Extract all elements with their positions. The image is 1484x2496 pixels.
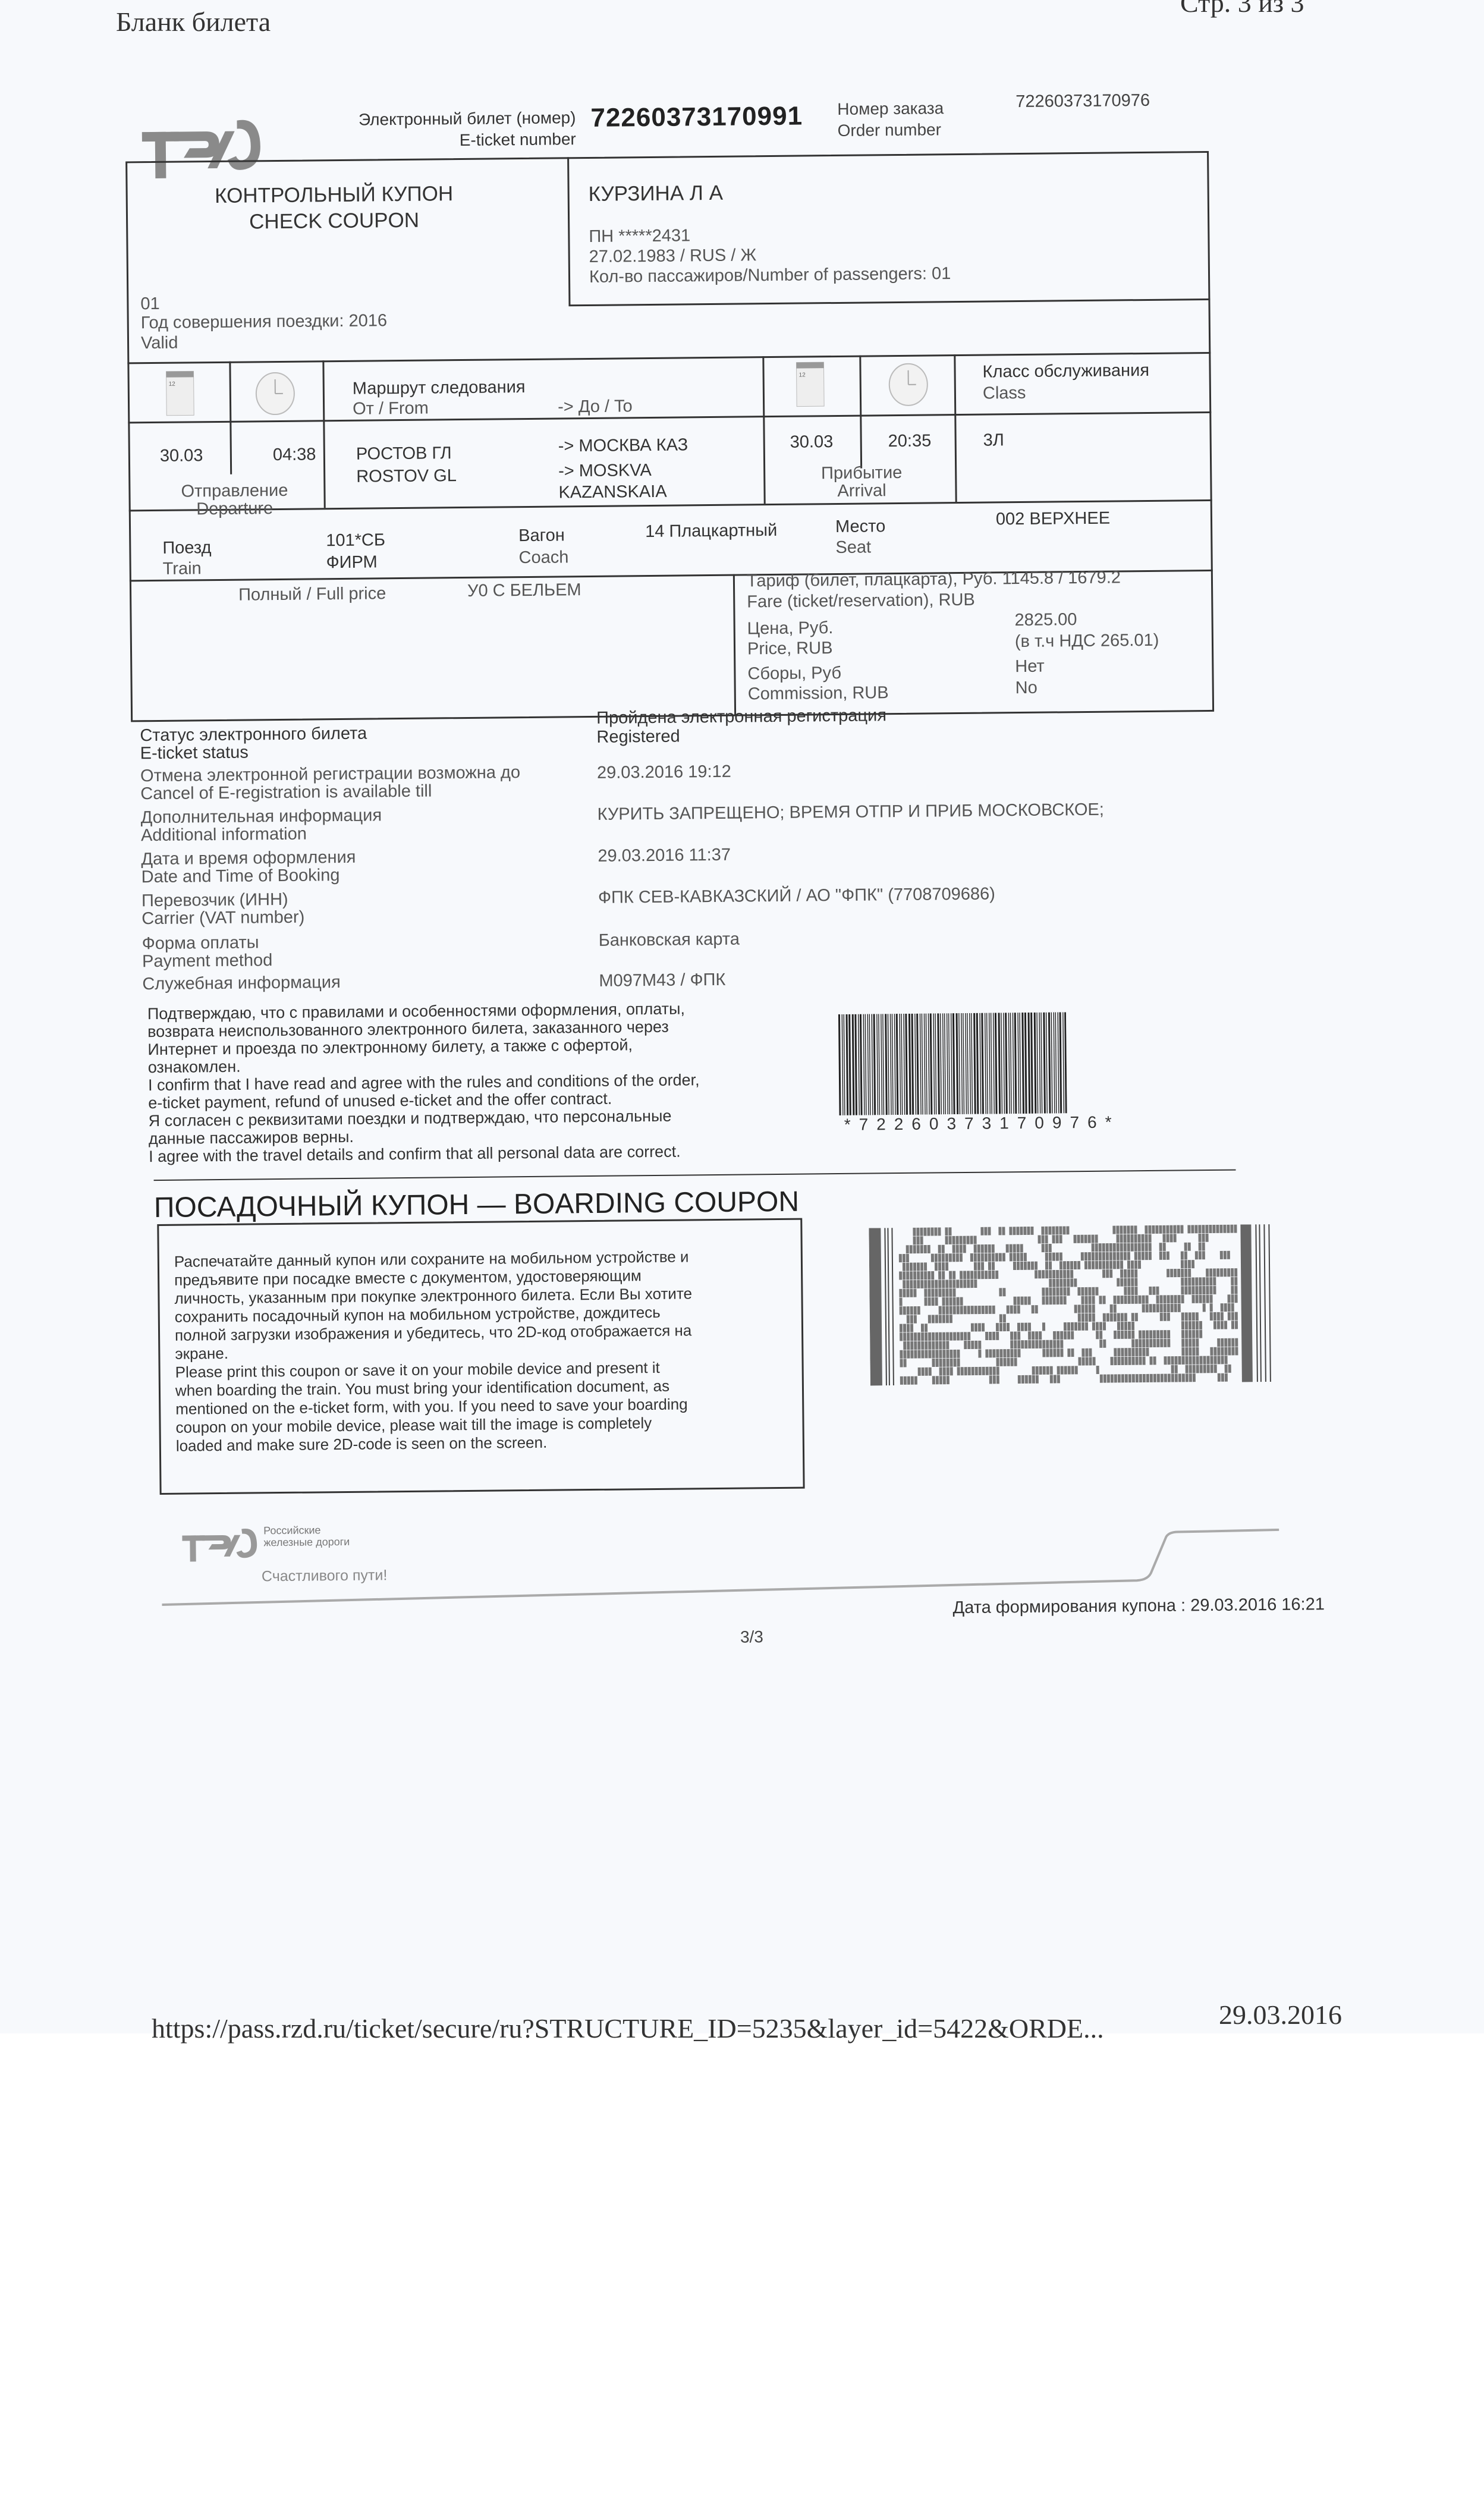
- detail-value: 29.03.2016 11:37: [598, 844, 731, 867]
- barcode-icon: [837, 1012, 1067, 1115]
- departure-date: 30.03: [160, 445, 203, 467]
- trip-year: Год совершения поездки: 2016: [141, 310, 388, 334]
- detail-value: ФПК СЕВ-КАВКАЗСКИЙ / АО "ФПК" (770870968…: [598, 883, 995, 908]
- boarding-instructions: Распечатайте данный купон или сохраните …: [174, 1247, 794, 1456]
- fare-type: Полный / Full price: [238, 583, 386, 605]
- seat-label-ru: Место: [835, 515, 886, 537]
- detail-label-en: Payment method: [142, 950, 273, 972]
- departure-label-en: Departure: [175, 498, 294, 520]
- arrival-date: 30.03: [790, 431, 834, 453]
- detail-value: 29.03.2016 19:12: [597, 761, 731, 784]
- slogan: Счастливого пути!: [262, 1567, 388, 1585]
- detail-label-en: Date and Time of Booking: [142, 865, 340, 888]
- train-label-en: Train: [163, 558, 202, 580]
- boarding-instructions-box: Распечатайте данный купон или сохраните …: [157, 1218, 804, 1495]
- detail-value: КУРИТЬ ЗАПРЕЩЕНО; ВРЕМЯ ОТПР И ПРИБ МОСК…: [598, 799, 1104, 825]
- price-value: 2825.00: [1014, 609, 1077, 631]
- passenger-name: КУРЗИНА Л А: [588, 180, 723, 208]
- detail-label-en: Cancel of E-registration is available ti…: [140, 781, 432, 805]
- check-coupon-title-en: CHECK COUPON: [185, 207, 483, 236]
- eticket-label-ru: Электронный билет (номер): [302, 107, 576, 131]
- train-label-ru: Поезд: [162, 537, 211, 559]
- detail-value-secondary: Registered: [596, 726, 680, 748]
- ticket-page: Электронный билет (номер) E-ticket numbe…: [0, 0, 1484, 2040]
- detail-value: М097М43 / ФПК: [599, 969, 725, 992]
- calendar-icon: 12: [795, 360, 825, 408]
- seat-value: 002 ВЕРХНЕЕ: [996, 508, 1110, 530]
- commission-label-en: Commission, RUB: [748, 682, 889, 705]
- order-number-label: Номер заказа Order number: [837, 98, 944, 142]
- svg-text:12: 12: [799, 372, 806, 378]
- check-coupon-title-ru: КОНТРОЛЬНЫЙ КУПОН: [185, 181, 482, 210]
- coach-value: 14 Плацкартный: [645, 520, 777, 542]
- barcode-text: *72260373170976*: [844, 1112, 1120, 1134]
- class-label-ru: Класс обслуживания: [982, 360, 1149, 383]
- passengers-count: Кол-во пассажиров/Number of passengers: …: [589, 263, 951, 288]
- company-name: Российские железные дороги: [263, 1524, 350, 1548]
- commission-value-ru: Нет: [1015, 656, 1045, 677]
- order-number: 72260373170976: [1015, 91, 1150, 112]
- rzd-logo-small-icon: [182, 1526, 260, 1563]
- from-label: От / From: [353, 398, 429, 420]
- 2d-barcode-icon: [869, 1224, 1281, 1386]
- clock-icon: [887, 361, 929, 407]
- page-number: 3/3: [740, 1627, 763, 1646]
- to-station-en-1: -> MOSKVA: [558, 460, 652, 482]
- arrival-time: 20:35: [888, 430, 932, 452]
- commission-label-ru: Сборы, Руб: [747, 662, 841, 685]
- order-label-en: Order number: [838, 119, 944, 142]
- company-name-line2: железные дороги: [263, 1536, 350, 1548]
- coach-label-en: Coach: [518, 546, 568, 568]
- from-station-ru: РОСТОВ ГЛ: [356, 442, 452, 465]
- calendar-icon: 12: [165, 369, 195, 417]
- eticket-label-en: E-ticket number: [303, 128, 576, 152]
- detail-label-ru: Служебная информация: [142, 972, 341, 995]
- clock-icon: [254, 371, 297, 417]
- to-label: -> До / To: [558, 395, 633, 417]
- valid-label: Valid: [141, 332, 178, 354]
- price-label-ru: Цена, Руб.: [747, 617, 834, 639]
- coupon-number: 01: [140, 293, 160, 315]
- class-label-en: Class: [983, 382, 1026, 404]
- tariff-label-en: Fare (ticket/reservation), RUB: [747, 589, 975, 613]
- commission-value-en: No: [1015, 677, 1037, 699]
- passenger-document: ПН *****2431: [589, 225, 690, 247]
- price-label-en: Price, RUB: [747, 637, 833, 659]
- detail-label-en: Carrier (VAT number): [142, 907, 304, 930]
- agreement-line: I agree with the travel details and conf…: [149, 1141, 681, 1168]
- to-station-ru: -> МОСКВА КАЗ: [558, 434, 688, 457]
- print-footer-date: 29.03.2016: [1219, 1999, 1342, 2030]
- company-name-line1: Российские: [263, 1524, 350, 1536]
- detail-label-en: E-ticket status: [140, 742, 249, 765]
- detail-label-en: Additional information: [141, 823, 307, 847]
- coupon-generation-date: Дата формирования купона : 29.03.2016 16…: [952, 1595, 1325, 1618]
- svg-text:12: 12: [169, 381, 176, 388]
- print-footer-url: https://pass.rzd.ru/ticket/secure/ru?STR…: [152, 2013, 1104, 2044]
- class-value: 3Л: [983, 429, 1005, 451]
- price-vat: (в т.ч НДС 265.01): [1015, 630, 1159, 652]
- fare-service: У0 С БЕЛЬЕМ: [467, 579, 581, 602]
- arrival-label-en: Arrival: [802, 480, 921, 502]
- eticket-number-label: Электронный билет (номер) E-ticket numbe…: [302, 107, 576, 152]
- detail-value: Банковская карта: [599, 929, 740, 951]
- tariff-label-ru: Тариф (билет, плацкарта), Руб. 1145.8 / …: [747, 567, 1121, 592]
- coach-label-ru: Вагон: [518, 524, 565, 546]
- detail-value: Пройдена электронная регистрация: [596, 705, 886, 729]
- passenger-birth-country-gender: 27.02.1983 / RUS / Ж: [589, 244, 757, 268]
- order-label-ru: Номер заказа: [837, 98, 944, 120]
- departure-time: 04:38: [273, 444, 316, 466]
- eticket-number: 72260373170991: [590, 102, 803, 133]
- to-station-en-2: KAZANSKAIA: [558, 481, 666, 504]
- from-station-en: ROSTOV GL: [356, 465, 457, 488]
- train-number: 101*СБ: [326, 529, 385, 551]
- train-type: ФИРМ: [326, 551, 377, 573]
- seat-label-en: Seat: [835, 536, 871, 558]
- route-label: Маршрут следования: [353, 376, 526, 400]
